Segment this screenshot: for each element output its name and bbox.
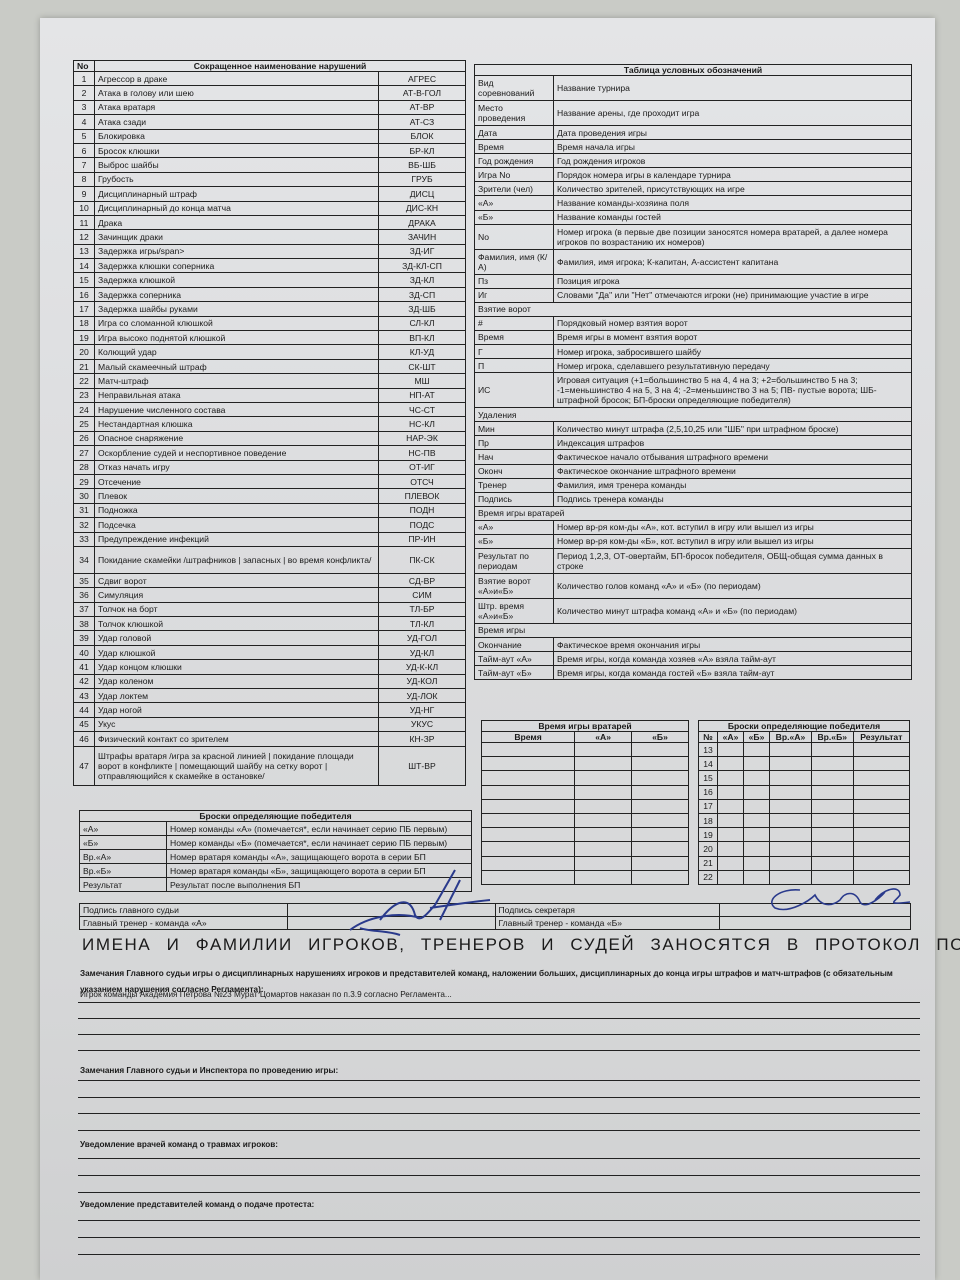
violation-code: УД-ГОЛ bbox=[379, 631, 466, 645]
legend-section: Время игры вратарей bbox=[475, 506, 912, 520]
legend-row: ГНомер игрока, забросившего шайбу bbox=[475, 345, 912, 359]
violation-name: Подсечка bbox=[95, 518, 379, 532]
legend-row: «А»Номер вр-ря ком-ды «А», кот. вступил … bbox=[475, 520, 912, 534]
col-no: No bbox=[74, 61, 95, 72]
legend-key: Иг bbox=[475, 288, 554, 302]
legend-row: ИСИгровая ситуация (+1=большинство 5 на … bbox=[475, 373, 912, 408]
violation-name: Физический контакт со зрителем bbox=[95, 732, 379, 746]
legend-key: Тайм-аут «Б» bbox=[475, 666, 554, 680]
goalie-time-cell[interactable] bbox=[632, 757, 689, 771]
violation-name: Удар концом клюшки bbox=[95, 660, 379, 674]
shootout-number: 20 bbox=[699, 842, 718, 856]
goalie-time-cell[interactable] bbox=[482, 771, 575, 785]
legend-value: Время игры, когда команда гостей «Б» взя… bbox=[554, 666, 912, 680]
violation-name: Задержка игры/span> bbox=[95, 244, 379, 258]
violation-code: МШ bbox=[379, 374, 466, 388]
goalie-time-cell[interactable] bbox=[632, 799, 689, 813]
legend-table: Таблица условных обозначений Вид соревно… bbox=[474, 64, 912, 680]
shootout-cell[interactable] bbox=[717, 771, 743, 785]
violation-name: Выброс шайбы bbox=[95, 158, 379, 172]
violation-name: Толчок на борт bbox=[95, 602, 379, 616]
goalie-time-cell[interactable] bbox=[575, 743, 632, 757]
violation-number: 11 bbox=[74, 215, 95, 229]
goalie-time-row bbox=[482, 757, 689, 771]
shootout-cell[interactable] bbox=[717, 813, 743, 827]
violation-code: ЗАЧИН bbox=[379, 230, 466, 244]
violation-code: НАР-ЭК bbox=[379, 431, 466, 445]
violation-number: 47 bbox=[74, 746, 95, 785]
violation-name: Оскорбление судей и неспортивное поведен… bbox=[95, 446, 379, 460]
legend-row: ДатаДата проведения игры bbox=[475, 126, 912, 140]
shootout-cell[interactable] bbox=[853, 813, 909, 827]
protest-line bbox=[78, 1254, 920, 1255]
violation-name: Плевок bbox=[95, 489, 379, 503]
violation-number: 21 bbox=[74, 359, 95, 373]
violation-row: 2Атака в голову или шеюАТ-В-ГОЛ bbox=[74, 86, 466, 100]
so-col-result: Результат bbox=[853, 732, 909, 743]
violation-number: 10 bbox=[74, 201, 95, 215]
secretary-signature-field[interactable] bbox=[719, 904, 910, 917]
shootout-cell[interactable] bbox=[717, 785, 743, 799]
violation-code: ЗД-ИГ bbox=[379, 244, 466, 258]
shootout-cell[interactable] bbox=[769, 842, 811, 856]
violation-name: Сдвиг ворот bbox=[95, 573, 379, 587]
violation-name: Нарушение численного состава bbox=[95, 402, 379, 416]
legend-key: Игра No bbox=[475, 168, 554, 182]
shootout-legend-row: РезультатРезультат после выполнения БП bbox=[80, 878, 472, 892]
shootout-cell[interactable] bbox=[717, 799, 743, 813]
legend-value: Индексация штрафов bbox=[554, 436, 912, 450]
goalie-time-row bbox=[482, 856, 689, 870]
inspector-remarks-label: Замечания Главного судьи и Инспектора по… bbox=[80, 1066, 338, 1075]
legend-section: Взятие ворот bbox=[475, 302, 912, 316]
shootout-cell[interactable] bbox=[811, 870, 853, 884]
violation-code: ЧС-СТ bbox=[379, 402, 466, 416]
inspector-line bbox=[78, 1130, 920, 1131]
shootout-cell[interactable] bbox=[769, 757, 811, 771]
violation-code: ПОДС bbox=[379, 518, 466, 532]
violation-name: Колющий удар bbox=[95, 345, 379, 359]
shootout-cell[interactable] bbox=[717, 842, 743, 856]
injuries-line bbox=[78, 1158, 920, 1159]
legend-value: Количество зрителей, присутствующих на и… bbox=[554, 182, 912, 196]
legend-row: Время игры bbox=[475, 623, 912, 637]
shootout-cell[interactable] bbox=[717, 870, 743, 884]
violation-code: ПР-ИН bbox=[379, 532, 466, 546]
shootout-number: 21 bbox=[699, 856, 718, 870]
violation-code: ЗД-СП bbox=[379, 287, 466, 301]
violation-number: 4 bbox=[74, 115, 95, 129]
legend-value: Игровая ситуация (+1=большинство 5 на 4,… bbox=[554, 373, 912, 408]
legend-value: Фамилия, имя игрока; К-капитан, А-ассист… bbox=[554, 249, 912, 274]
violation-code: ПОДН bbox=[379, 503, 466, 517]
shootout-cell[interactable] bbox=[811, 813, 853, 827]
shootout-cell[interactable] bbox=[743, 842, 769, 856]
shootout-legend-value: Номер команды «Б» (помечается*, если нач… bbox=[167, 836, 472, 850]
shootout-row: 18 bbox=[699, 813, 910, 827]
shootout-table: Броски определяющие победителя № «А» «Б»… bbox=[698, 720, 910, 885]
shootout-cell[interactable] bbox=[811, 842, 853, 856]
protest-label: Уведомление представителей команд о пода… bbox=[80, 1200, 314, 1209]
goalie-time-cell[interactable] bbox=[575, 813, 632, 827]
shootout-cell[interactable] bbox=[811, 856, 853, 870]
violation-number: 22 bbox=[74, 374, 95, 388]
legend-value: Номер игрока, сделавшего результативную … bbox=[554, 359, 912, 373]
shootout-cell[interactable] bbox=[743, 743, 769, 757]
violation-number: 39 bbox=[74, 631, 95, 645]
violation-number: 1 bbox=[74, 72, 95, 86]
violation-code: УД-КЛ bbox=[379, 645, 466, 659]
goalie-time-cell[interactable] bbox=[482, 842, 575, 856]
violation-number: 33 bbox=[74, 532, 95, 546]
goalie-time-cell[interactable] bbox=[575, 828, 632, 842]
violation-row: 10Дисциплинарный до конца матчаДИС-КН bbox=[74, 201, 466, 215]
violation-name: Отказ начать игру bbox=[95, 460, 379, 474]
shootout-cell[interactable] bbox=[811, 785, 853, 799]
violation-row: 29ОтсечениеОТСЧ bbox=[74, 474, 466, 488]
shootout-cell[interactable] bbox=[811, 743, 853, 757]
shootout-cell[interactable] bbox=[853, 743, 909, 757]
shootout-cell[interactable] bbox=[717, 743, 743, 757]
violation-code: УД-ЛОК bbox=[379, 689, 466, 703]
violation-name: Подножка bbox=[95, 503, 379, 517]
goalie-col-a: «А» bbox=[575, 732, 632, 743]
violation-code: СК-ШТ bbox=[379, 359, 466, 373]
violation-number: 32 bbox=[74, 518, 95, 532]
shootout-legend-title: Броски определяющие победителя bbox=[80, 811, 472, 822]
shootout-cell[interactable] bbox=[769, 785, 811, 799]
shootout-cell[interactable] bbox=[743, 856, 769, 870]
goalie-time-cell[interactable] bbox=[482, 856, 575, 870]
violation-row: 16Задержка соперникаЗД-СП bbox=[74, 287, 466, 301]
violation-row: 6Бросок клюшкиБР-КЛ bbox=[74, 143, 466, 157]
coach-a-field[interactable] bbox=[287, 917, 495, 930]
shootout-cell[interactable] bbox=[853, 799, 909, 813]
violation-number: 3 bbox=[74, 100, 95, 114]
so-col-a: «А» bbox=[717, 732, 743, 743]
goalie-time-cell[interactable] bbox=[575, 799, 632, 813]
violation-number: 24 bbox=[74, 402, 95, 416]
violation-code: УКУС bbox=[379, 717, 466, 731]
violation-name: Отсечение bbox=[95, 474, 379, 488]
violation-code: ТЛ-БР bbox=[379, 602, 466, 616]
violation-row: 27Оскорбление судей и неспортивное повед… bbox=[74, 446, 466, 460]
violation-code: СИМ bbox=[379, 588, 466, 602]
violation-row: 19Игра высоко поднятой клюшкойВП-КЛ bbox=[74, 331, 466, 345]
shootout-row: 13 bbox=[699, 743, 910, 757]
legend-key: Оконч bbox=[475, 464, 554, 478]
goalie-time-cell[interactable] bbox=[575, 785, 632, 799]
violation-number: 7 bbox=[74, 158, 95, 172]
goalie-time-cell[interactable] bbox=[482, 870, 575, 884]
violation-number: 46 bbox=[74, 732, 95, 746]
goalie-time-cell[interactable] bbox=[632, 771, 689, 785]
violation-code: ГРУБ bbox=[379, 172, 466, 186]
legend-row: МинКоличество минут штрафа (2,5,10,25 ил… bbox=[475, 422, 912, 436]
legend-key: Время bbox=[475, 330, 554, 344]
violation-code: НС-КЛ bbox=[379, 417, 466, 431]
remarks-line bbox=[78, 1034, 920, 1035]
goalie-time-cell[interactable] bbox=[575, 842, 632, 856]
legend-key: Нач bbox=[475, 450, 554, 464]
legend-value: Словами "Да" или "Нет" отмечаются игроки… bbox=[554, 288, 912, 302]
violation-number: 20 bbox=[74, 345, 95, 359]
violation-code: УД-К-КЛ bbox=[379, 660, 466, 674]
violation-code: АТ-СЗ bbox=[379, 115, 466, 129]
violation-number: 27 bbox=[74, 446, 95, 460]
shootout-cell[interactable] bbox=[811, 757, 853, 771]
violation-row: 30ПлевокПЛЕВОК bbox=[74, 489, 466, 503]
violation-row: 47Штрафы вратаря /игра за красной линией… bbox=[74, 746, 466, 785]
shootout-title: Броски определяющие победителя bbox=[699, 721, 910, 732]
violation-row: 7Выброс шайбыВБ-ШБ bbox=[74, 158, 466, 172]
goalie-time-cell[interactable] bbox=[482, 785, 575, 799]
violation-name: Задержка клюшки соперника bbox=[95, 259, 379, 273]
legend-row: «Б»Название команды гостей bbox=[475, 210, 912, 224]
legend-row: ВремяВремя начала игры bbox=[475, 140, 912, 154]
shootout-number: 16 bbox=[699, 785, 718, 799]
shootout-cell[interactable] bbox=[769, 743, 811, 757]
shootout-cell[interactable] bbox=[743, 771, 769, 785]
violation-code: ВБ-ШБ bbox=[379, 158, 466, 172]
shootout-legend-value: Результат после выполнения БП bbox=[167, 878, 472, 892]
violation-number: 38 bbox=[74, 617, 95, 631]
referee-signature-field[interactable] bbox=[287, 904, 495, 917]
shootout-cell[interactable] bbox=[811, 771, 853, 785]
remarks-line bbox=[78, 1002, 920, 1003]
coach-b-field[interactable] bbox=[719, 917, 910, 930]
shootout-cell[interactable] bbox=[853, 757, 909, 771]
violation-number: 34 bbox=[74, 546, 95, 573]
inspector-line bbox=[78, 1080, 920, 1081]
goalie-time-cell[interactable] bbox=[482, 743, 575, 757]
violation-name: Симуляция bbox=[95, 588, 379, 602]
legend-row: Игра NoПорядок номера игры в календаре т… bbox=[475, 168, 912, 182]
violation-number: 45 bbox=[74, 717, 95, 731]
shootout-row: 15 bbox=[699, 771, 910, 785]
disciplinary-remarks-text[interactable]: Игрок команды Академия Петрова №23 Мурат… bbox=[80, 990, 452, 999]
shootout-cell[interactable] bbox=[769, 813, 811, 827]
shootout-number: 18 bbox=[699, 813, 718, 827]
goalie-time-row bbox=[482, 771, 689, 785]
legend-value: Время игры, когда команда хозяев «А» взя… bbox=[554, 652, 912, 666]
goalie-time-cell[interactable] bbox=[482, 799, 575, 813]
shootout-cell[interactable] bbox=[743, 813, 769, 827]
violation-row: 11ДракаДРАКА bbox=[74, 215, 466, 229]
goalie-time-cell[interactable] bbox=[482, 828, 575, 842]
legend-section: Время игры bbox=[475, 623, 912, 637]
legend-key: Дата bbox=[475, 126, 554, 140]
violation-row: 24Нарушение численного составаЧС-СТ bbox=[74, 402, 466, 416]
shootout-cell[interactable] bbox=[769, 828, 811, 842]
legend-value: Время начала игры bbox=[554, 140, 912, 154]
shootout-cell[interactable] bbox=[717, 856, 743, 870]
violation-row: 3Атака вратаряАТ-ВР bbox=[74, 100, 466, 114]
violation-code: ТЛ-КЛ bbox=[379, 617, 466, 631]
violation-code: АТ-ВР bbox=[379, 100, 466, 114]
col-violation-name: Сокращенное наименование нарушений bbox=[95, 61, 466, 72]
shootout-cell[interactable] bbox=[769, 856, 811, 870]
shootout-cell[interactable] bbox=[769, 870, 811, 884]
legend-key: Пз bbox=[475, 274, 554, 288]
shootout-cell[interactable] bbox=[769, 771, 811, 785]
violation-row: 26Опасное снаряжениеНАР-ЭК bbox=[74, 431, 466, 445]
goalie-time-title: Время игры вратарей bbox=[482, 721, 689, 732]
secretary-signature-label: Подпись секретаря bbox=[495, 904, 719, 917]
goalie-time-cell[interactable] bbox=[575, 757, 632, 771]
coach-b-label: Главный тренер - команда «Б» bbox=[495, 917, 719, 930]
legend-value: Количество минут штрафа (2,5,10,25 или "… bbox=[554, 422, 912, 436]
legend-value: Фамилия, имя тренера команды bbox=[554, 478, 912, 492]
violation-name: Дисциплинарный штраф bbox=[95, 187, 379, 201]
violation-number: 25 bbox=[74, 417, 95, 431]
violation-number: 44 bbox=[74, 703, 95, 717]
violation-code: ПЛЕВОК bbox=[379, 489, 466, 503]
goalie-time-cell[interactable] bbox=[482, 813, 575, 827]
shootout-cell[interactable] bbox=[811, 828, 853, 842]
legend-value: Номер игрока (в первые две позиции занос… bbox=[554, 224, 912, 249]
violation-name: Удар головой bbox=[95, 631, 379, 645]
legend-row: Результат по периодамПериод 1,2,3, ОТ-ов… bbox=[475, 548, 912, 573]
legend-row: ОкончаниеФактическое время окончания игр… bbox=[475, 637, 912, 651]
legend-key: Штр. время «А»и«Б» bbox=[475, 598, 554, 623]
shootout-cell[interactable] bbox=[717, 757, 743, 771]
goalie-time-cell[interactable] bbox=[632, 842, 689, 856]
shootout-cell[interactable] bbox=[853, 842, 909, 856]
shootout-cell[interactable] bbox=[743, 757, 769, 771]
so-col-no: № bbox=[699, 732, 718, 743]
shootout-cell[interactable] bbox=[853, 785, 909, 799]
violation-row: 12Зачинщик дракиЗАЧИН bbox=[74, 230, 466, 244]
goalie-time-cell[interactable] bbox=[632, 870, 689, 884]
shootout-cell[interactable] bbox=[717, 828, 743, 842]
shootout-cell[interactable] bbox=[743, 828, 769, 842]
legend-value: Название арены, где проходит игра bbox=[554, 101, 912, 126]
legend-row: Штр. время «А»и«Б»Количество минут штраф… bbox=[475, 598, 912, 623]
legend-row: «Б»Номер вр-ря ком-ды «Б», кот. вступил … bbox=[475, 534, 912, 548]
goalie-time-cell[interactable] bbox=[632, 785, 689, 799]
violation-row: 34Покидание скамейки /штрафников | запас… bbox=[74, 546, 466, 573]
violation-number: 36 bbox=[74, 588, 95, 602]
shootout-legend-value: Номер вратаря команды «А», защищающего в… bbox=[167, 850, 472, 864]
violation-number: 12 bbox=[74, 230, 95, 244]
legend-value: Период 1,2,3, ОТ-овертайм, БП-бросок поб… bbox=[554, 548, 912, 573]
notice-headline: ИМЕНА И ФАМИЛИИ ИГРОКОВ, ТРЕНЕРОВ И СУДЕ… bbox=[82, 935, 912, 955]
violation-name: Блокировка bbox=[95, 129, 379, 143]
violation-row: 41Удар концом клюшкиУД-К-КЛ bbox=[74, 660, 466, 674]
shootout-legend-key: Вр.«Б» bbox=[80, 864, 167, 878]
violation-row: 4Атака сзадиАТ-СЗ bbox=[74, 115, 466, 129]
legend-key: Фамилия, имя (К/А) bbox=[475, 249, 554, 274]
violation-number: 43 bbox=[74, 689, 95, 703]
violation-row: 39Удар головойУД-ГОЛ bbox=[74, 631, 466, 645]
violation-number: 15 bbox=[74, 273, 95, 287]
violation-row: 28Отказ начать игруОТ-ИГ bbox=[74, 460, 466, 474]
violation-name: Задержка клюшкой bbox=[95, 273, 379, 287]
shootout-cell[interactable] bbox=[743, 870, 769, 884]
shootout-number: 13 bbox=[699, 743, 718, 757]
violation-number: 16 bbox=[74, 287, 95, 301]
violation-code: ПК-СК bbox=[379, 546, 466, 573]
inspector-line bbox=[78, 1097, 920, 1098]
shootout-cell[interactable] bbox=[811, 799, 853, 813]
violation-name: Штрафы вратаря /игра за красной линией |… bbox=[95, 746, 379, 785]
shootout-cell[interactable] bbox=[853, 856, 909, 870]
inspector-line bbox=[78, 1113, 920, 1114]
legend-value: Подпись тренера команды bbox=[554, 492, 912, 506]
legend-value: Номер вр-ря ком-ды «Б», кот. вступил в и… bbox=[554, 534, 912, 548]
legend-value: Номер вр-ря ком-ды «А», кот. вступил в и… bbox=[554, 520, 912, 534]
shootout-row: 22 bbox=[699, 870, 910, 884]
violation-row: 23Неправильная атакаНП-АТ bbox=[74, 388, 466, 402]
legend-key: Год рождения bbox=[475, 154, 554, 168]
violation-row: 5БлокировкаБЛОК bbox=[74, 129, 466, 143]
shootout-number: 15 bbox=[699, 771, 718, 785]
legend-key: «А» bbox=[475, 520, 554, 534]
goalie-time-cell[interactable] bbox=[632, 856, 689, 870]
violation-row: 43Удар локтемУД-ЛОК bbox=[74, 689, 466, 703]
violation-row: 38Толчок клюшкойТЛ-КЛ bbox=[74, 617, 466, 631]
so-col-gk-b: Вр.«Б» bbox=[811, 732, 853, 743]
shootout-legend-key: Вр.«А» bbox=[80, 850, 167, 864]
shootout-row: 17 bbox=[699, 799, 910, 813]
shootout-cell[interactable] bbox=[743, 799, 769, 813]
violation-row: 31ПодножкаПОДН bbox=[74, 503, 466, 517]
legend-row: ТренерФамилия, имя тренера команды bbox=[475, 478, 912, 492]
legend-key: Пр bbox=[475, 436, 554, 450]
violation-row: 1Агрессор в дракеАГРЕС bbox=[74, 72, 466, 86]
legend-value: Позиция игрока bbox=[554, 274, 912, 288]
shootout-cell[interactable] bbox=[769, 799, 811, 813]
violation-code: ВП-КЛ bbox=[379, 331, 466, 345]
violation-name: Укус bbox=[95, 717, 379, 731]
violation-name: Задержка шайбы руками bbox=[95, 302, 379, 316]
legend-row: Время игры вратарей bbox=[475, 506, 912, 520]
goalie-time-cell[interactable] bbox=[632, 813, 689, 827]
violation-code: ЗД-КЛ bbox=[379, 273, 466, 287]
shootout-number: 22 bbox=[699, 870, 718, 884]
goalie-time-row bbox=[482, 870, 689, 884]
violation-name: Неправильная атака bbox=[95, 388, 379, 402]
goalie-time-cell[interactable] bbox=[482, 757, 575, 771]
violation-number: 41 bbox=[74, 660, 95, 674]
shootout-number: 19 bbox=[699, 828, 718, 842]
shootout-cell[interactable] bbox=[853, 828, 909, 842]
violation-number: 40 bbox=[74, 645, 95, 659]
legend-row: NoНомер игрока (в первые две позиции зан… bbox=[475, 224, 912, 249]
violation-name: Дисциплинарный до конца матча bbox=[95, 201, 379, 215]
violation-code: ДИСЦ bbox=[379, 187, 466, 201]
shootout-cell[interactable] bbox=[853, 771, 909, 785]
goalie-time-cell[interactable] bbox=[632, 743, 689, 757]
shootout-row: 21 bbox=[699, 856, 910, 870]
goalie-time-cell[interactable] bbox=[575, 771, 632, 785]
goalie-time-cell[interactable] bbox=[632, 828, 689, 842]
violation-name: Игра высоко поднятой клюшкой bbox=[95, 331, 379, 345]
legend-row: ВремяВремя игры в момент взятия ворот bbox=[475, 330, 912, 344]
goalie-time-row bbox=[482, 813, 689, 827]
shootout-cell[interactable] bbox=[853, 870, 909, 884]
goalie-time-cell[interactable] bbox=[575, 870, 632, 884]
goalie-time-cell[interactable] bbox=[575, 856, 632, 870]
legend-value: Порядок номера игры в календаре турнира bbox=[554, 168, 912, 182]
legend-key: Время bbox=[475, 140, 554, 154]
legend-value: Порядковый номер взятия ворот bbox=[554, 316, 912, 330]
legend-key: «А» bbox=[475, 196, 554, 210]
violation-code: УД-НГ bbox=[379, 703, 466, 717]
legend-title: Таблица условных обозначений bbox=[475, 65, 912, 76]
shootout-cell[interactable] bbox=[743, 785, 769, 799]
